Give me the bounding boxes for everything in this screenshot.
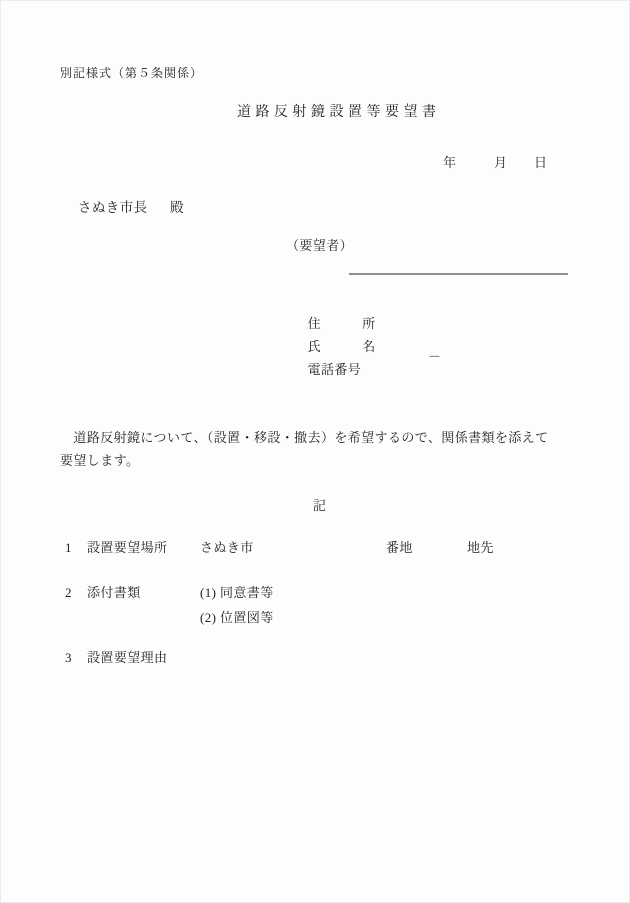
phone-label: 電話番号 bbox=[308, 362, 362, 377]
list-heading: 記 bbox=[313, 499, 326, 512]
item1-city: さぬき市 bbox=[200, 541, 254, 554]
phone-separator: － bbox=[428, 350, 441, 363]
item1-chisaki-label: 地先 bbox=[467, 541, 494, 554]
item3-number: 3 bbox=[65, 651, 72, 664]
date-month-label: 月 bbox=[494, 156, 507, 169]
date-year-label: 年 bbox=[443, 156, 456, 169]
item2-label: 添付書類 bbox=[87, 586, 141, 599]
addressee-honorific: 殿 bbox=[170, 201, 184, 215]
item2-number: 2 bbox=[65, 586, 72, 599]
signature-line bbox=[349, 273, 568, 275]
date-day-label: 日 bbox=[534, 156, 547, 169]
item3-label: 設置要望理由 bbox=[87, 651, 167, 664]
document-page: 別記様式（第５条関係） 道路反射鏡設置等要望書 年 月 日 さぬき市長 殿 （要… bbox=[0, 0, 630, 903]
addressee-name: さぬき市長 bbox=[78, 201, 148, 215]
document-title: 道路反射鏡設置等要望書 bbox=[237, 106, 441, 120]
body-paragraph-line1: 道路反射鏡について、（設置・移設・撤去）を希望するので、関係書類を添えて bbox=[60, 431, 580, 444]
item1-banchi-label: 番地 bbox=[386, 541, 413, 554]
item2-attachment2: (2) 位置図等 bbox=[200, 611, 274, 624]
item1-number: 1 bbox=[65, 541, 72, 554]
item1-label: 設置要望場所 bbox=[87, 541, 167, 554]
body-paragraph-line2: 要望します。 bbox=[60, 454, 580, 467]
requester-label: （要望者） bbox=[286, 239, 353, 252]
item2-attachment1: (1) 同意書等 bbox=[200, 586, 274, 599]
phone-field-row: 電話番号 bbox=[293, 350, 361, 389]
form-note: 別記様式（第５条関係） bbox=[60, 67, 203, 79]
